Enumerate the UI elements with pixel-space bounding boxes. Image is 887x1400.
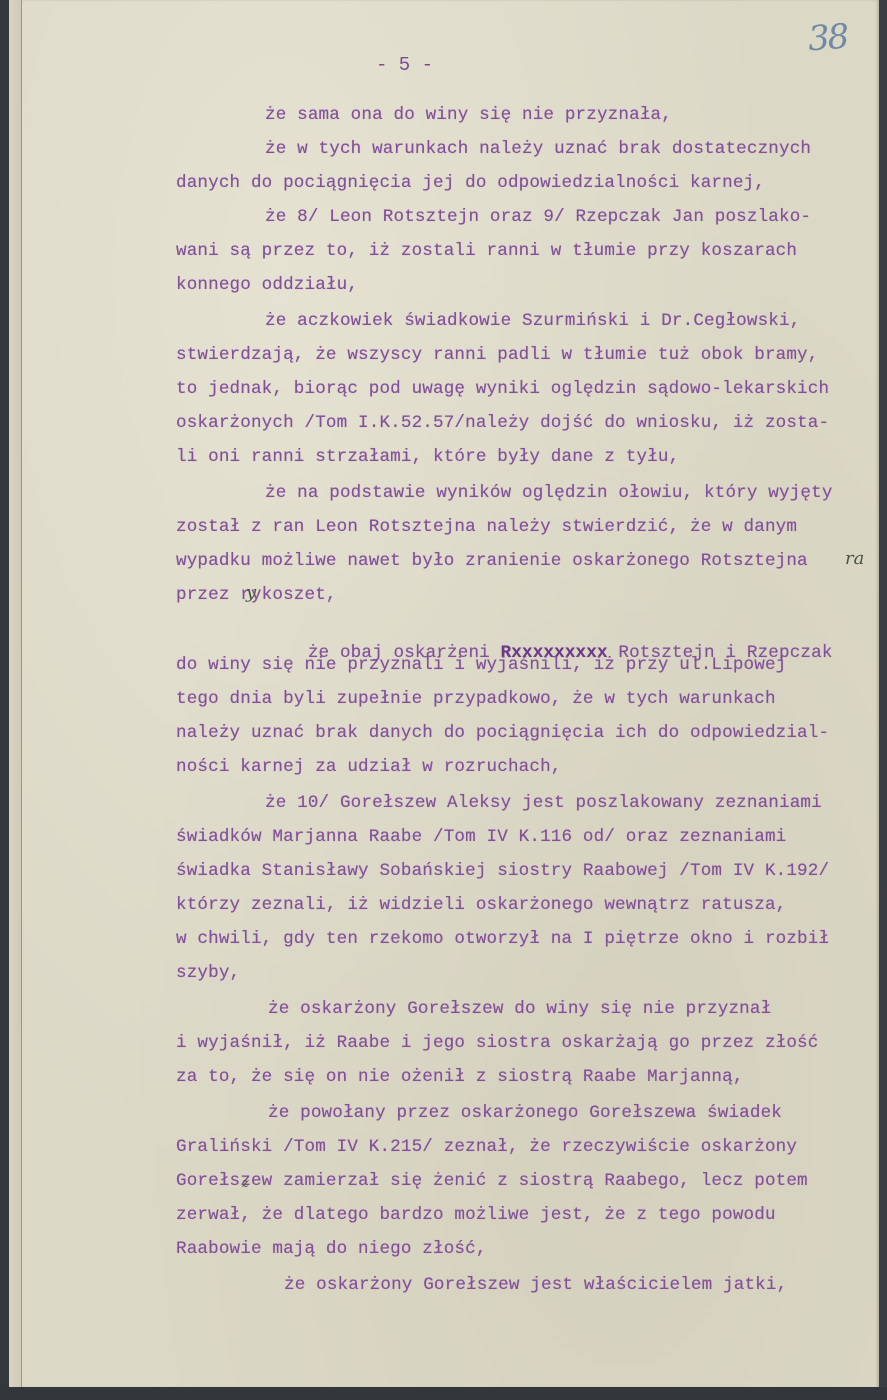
- text-line: Raabowie mają do niego złość,: [176, 1238, 487, 1260]
- text-line: że na podstawie wyników oględzin ołowiu,…: [265, 482, 833, 504]
- text-line: konnego oddziału,: [176, 274, 358, 296]
- text-line: Graliński /Tom IV K.215/ zeznał, że rzec…: [176, 1136, 797, 1158]
- previous-page-edge: [9, 0, 22, 1390]
- text-line: że obaj oskarżeni Rxxxxxxxxx Rotsztejn i…: [265, 620, 833, 686]
- binding-edge: [0, 0, 9, 1400]
- text-line: do winy się nie przyznali i wyjaśnili, i…: [176, 654, 786, 676]
- text-line: danych do pociągnięcia jej do odpowiedzi…: [176, 172, 765, 194]
- text-line: świadka Stanisławy Sobańskiej siostry Ra…: [176, 860, 829, 882]
- text-line: i wyjaśnił, iż Raabe i jego siostra oska…: [176, 1032, 818, 1054]
- text-line: stwierdzają, że wszyscy ranni padli w tł…: [176, 344, 818, 366]
- text-line: przez rykoszet,: [176, 584, 337, 606]
- handwritten-correction: ra: [845, 548, 864, 569]
- text-line: ności karnej za udział w rozruchach,: [176, 756, 562, 778]
- bottom-scan-border: [0, 1387, 887, 1400]
- text-line: li oni ranni strzałami, które były dane …: [176, 446, 679, 468]
- handwritten-folio-number: 38: [807, 17, 849, 60]
- text-line: to jednak, biorąc pod uwagę wyniki oględ…: [176, 378, 829, 400]
- text-line: że w tych warunkach należy uznać brak do…: [265, 138, 811, 160]
- text-line: wypadku możliwe nawet było zranienie osk…: [176, 550, 808, 572]
- text-line: którzy zeznali, iż widzieli oskarżonego …: [176, 894, 786, 916]
- text-line: w chwili, gdy ten rzekomo otworzył na I …: [176, 928, 829, 950]
- text-line: szyby,: [176, 962, 240, 984]
- text-line: należy uznać brak danych do pociągnięcia…: [176, 722, 829, 744]
- text-line: za to, że się on nie ożenił z siostrą Ra…: [176, 1066, 744, 1088]
- text-line: tego dnia byli zupełnie przypadkowo, że …: [176, 688, 776, 710]
- handwritten-correction: z: [242, 1176, 249, 1191]
- text-line: oskarżonych /Tom I.K.52.57/należy dojść …: [176, 412, 829, 434]
- text-line: że powołany przez oskarżonego Gorełszewa…: [268, 1102, 782, 1124]
- text-line: że oskarżony Gorełszew do winy się nie p…: [268, 998, 771, 1020]
- text-line: że oskarżony Gorełszew jest właścicielem…: [284, 1274, 787, 1296]
- text-line: że aczkowiek świadkowie Szurmiński i Dr.…: [265, 310, 800, 332]
- text-line: że sama ona do winy się nie przyznała,: [265, 104, 672, 126]
- scanned-document-page: 38 - 5 - że sama ona do winy się nie prz…: [0, 0, 887, 1400]
- right-scan-border: [879, 0, 887, 1400]
- text-line: Gorełszew zamierzał się żenić z siostrą …: [176, 1170, 808, 1192]
- text-line: wani są przez to, iż zostali ranni w tłu…: [176, 240, 797, 262]
- text-line: że 10/ Gorełszew Aleksy jest poszlakowan…: [265, 792, 822, 814]
- text-line: zerwał, że dlatego bardzo możliwe jest, …: [176, 1204, 776, 1226]
- text-line: został z ran Leon Rotsztejna należy stwi…: [176, 516, 797, 538]
- text-line: świadków Marjanna Raabe /Tom IV K.116 od…: [176, 826, 786, 848]
- text-line: że 8/ Leon Rotsztejn oraz 9/ Rzepczak Ja…: [265, 206, 811, 228]
- page-number: - 5 -: [376, 54, 433, 76]
- handwritten-correction: y: [246, 582, 256, 603]
